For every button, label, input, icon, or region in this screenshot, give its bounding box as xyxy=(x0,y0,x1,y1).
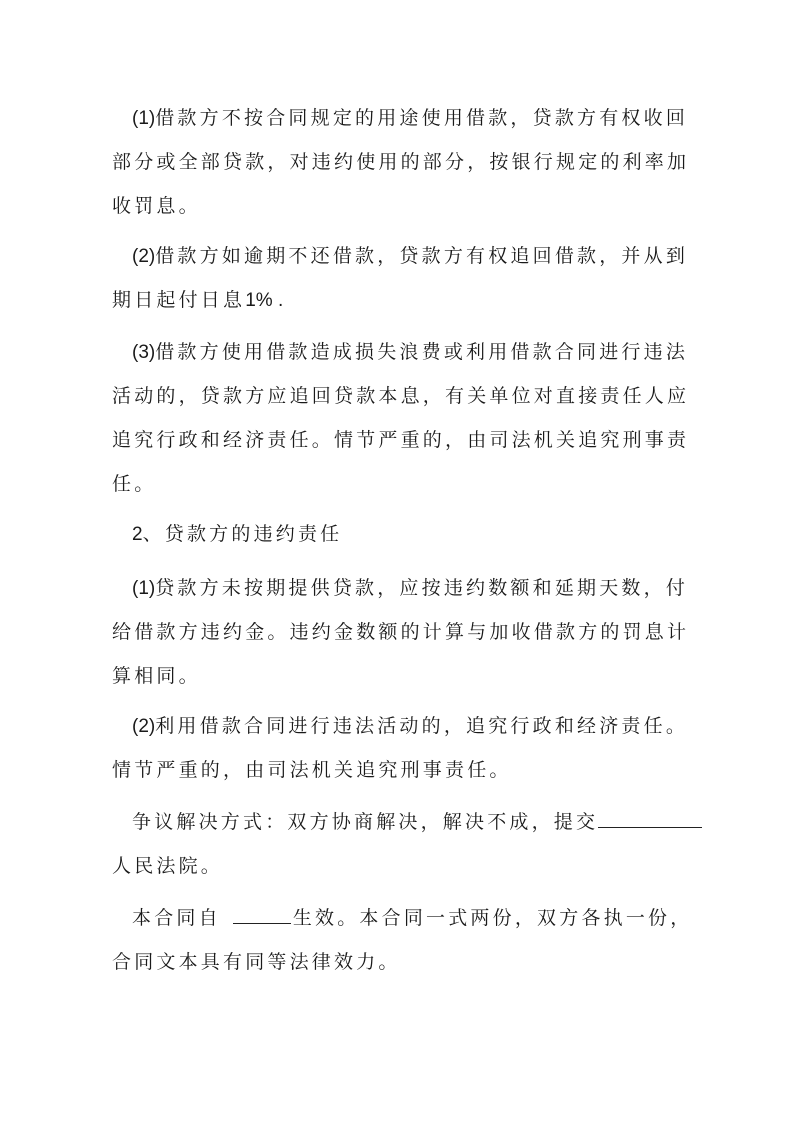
text-line: 争议解决方式：双方协商解决，解决不成，提交 xyxy=(112,806,677,838)
text-line: 本合同自生效。本合同一式两份，双方各执一份， xyxy=(112,902,677,934)
clause-number: (2) xyxy=(132,716,155,737)
clause-text: 本合同自 xyxy=(132,907,221,929)
clause-text: 借款方如逾期不还借款，贷款方有权追回借款，并从到 xyxy=(155,245,688,267)
clause-number: (2) xyxy=(132,246,155,267)
text-line: 2、贷款方的违约责任 xyxy=(112,518,677,550)
text-line: 给借款方违约金。违约金数额的计算与加收借款方的罚息计 xyxy=(112,616,677,648)
text-line: 情节严重的，由司法机关追究刑事责任。 xyxy=(112,754,677,786)
section-number: 2 xyxy=(132,524,143,545)
clause-text: 期日起付日息 xyxy=(112,289,245,311)
text-line: (2)利用借款合同进行违法活动的，追究行政和经济责任。 xyxy=(112,710,677,742)
lender-clause-1: (1)贷款方未按期提供贷款，应按违约数额和延期天数，付 给借款方违约金。违约金数… xyxy=(112,572,677,692)
dispute-resolution: 争议解决方式：双方协商解决，解决不成，提交 人民法院。 xyxy=(112,806,677,882)
text-line: 部分或全部贷款，对违约使用的部分，按银行规定的利率加 xyxy=(112,146,677,178)
effective-date-blank-field[interactable] xyxy=(233,905,291,924)
lender-clause-2: (2)利用借款合同进行违法活动的，追究行政和经济责任。 情节严重的，由司法机关追… xyxy=(112,710,677,786)
clause-text: 争议解决方式：双方协商解决，解决不成，提交 xyxy=(132,811,598,833)
text-line: (2)借款方如逾期不还借款，贷款方有权追回借款，并从到 xyxy=(112,240,677,272)
clause-number: (1) xyxy=(132,108,155,129)
text-line: 期日起付日息1% . xyxy=(112,284,677,316)
effective-clause: 本合同自生效。本合同一式两份，双方各执一份， 合同文本具有同等法律效力。 xyxy=(112,902,677,978)
text-line: (1)借款方不按合同规定的用途使用借款，贷款方有权收回 xyxy=(112,102,677,134)
section-title: 、贷款方的违约责任 xyxy=(143,523,343,545)
text-line: 人民法院。 xyxy=(112,850,677,882)
text-line: 追究行政和经济责任。情节严重的，由司法机关追究刑事责 xyxy=(112,424,677,456)
clause-text: 生效。本合同一式两份，双方各执一份， xyxy=(293,907,693,929)
clause-text: 贷款方未按期提供贷款，应按违约数额和延期天数，付 xyxy=(155,577,688,599)
text-line: 收罚息。 xyxy=(112,190,677,222)
borrower-clause-3: (3)借款方使用借款造成损失浪费或利用借款合同进行违法 活动的，贷款方应追回贷款… xyxy=(112,336,677,500)
clause-text: 利用借款合同进行违法活动的，追究行政和经济责任。 xyxy=(155,715,688,737)
borrower-clause-1: (1)借款方不按合同规定的用途使用借款，贷款方有权收回 部分或全部贷款，对违约使… xyxy=(112,102,677,222)
text-line: 算相同。 xyxy=(112,660,677,692)
borrower-clause-2: (2)借款方如逾期不还借款，贷款方有权追回借款，并从到 期日起付日息1% . xyxy=(112,240,677,316)
document-page: (1)借款方不按合同规定的用途使用借款，贷款方有权收回 部分或全部贷款，对违约使… xyxy=(0,0,793,1122)
clause-number: (1) xyxy=(132,578,155,599)
clause-number: (3) xyxy=(132,342,155,363)
interest-rate: 1% . xyxy=(245,290,283,311)
text-line: 活动的，贷款方应追回贷款本息，有关单位对直接责任人应 xyxy=(112,380,677,412)
text-line: (1)贷款方未按期提供贷款，应按违约数额和延期天数，付 xyxy=(112,572,677,604)
text-line: (3)借款方使用借款造成损失浪费或利用借款合同进行违法 xyxy=(112,336,677,368)
clause-text: 借款方使用借款造成损失浪费或利用借款合同进行违法 xyxy=(155,341,688,363)
clause-text: 借款方不按合同规定的用途使用借款，贷款方有权收回 xyxy=(155,107,688,129)
text-line: 任。 xyxy=(112,468,677,500)
section-heading: 2、贷款方的违约责任 xyxy=(112,518,677,550)
text-line: 合同文本具有同等法律效力。 xyxy=(112,946,677,978)
court-blank-field[interactable] xyxy=(598,809,702,828)
